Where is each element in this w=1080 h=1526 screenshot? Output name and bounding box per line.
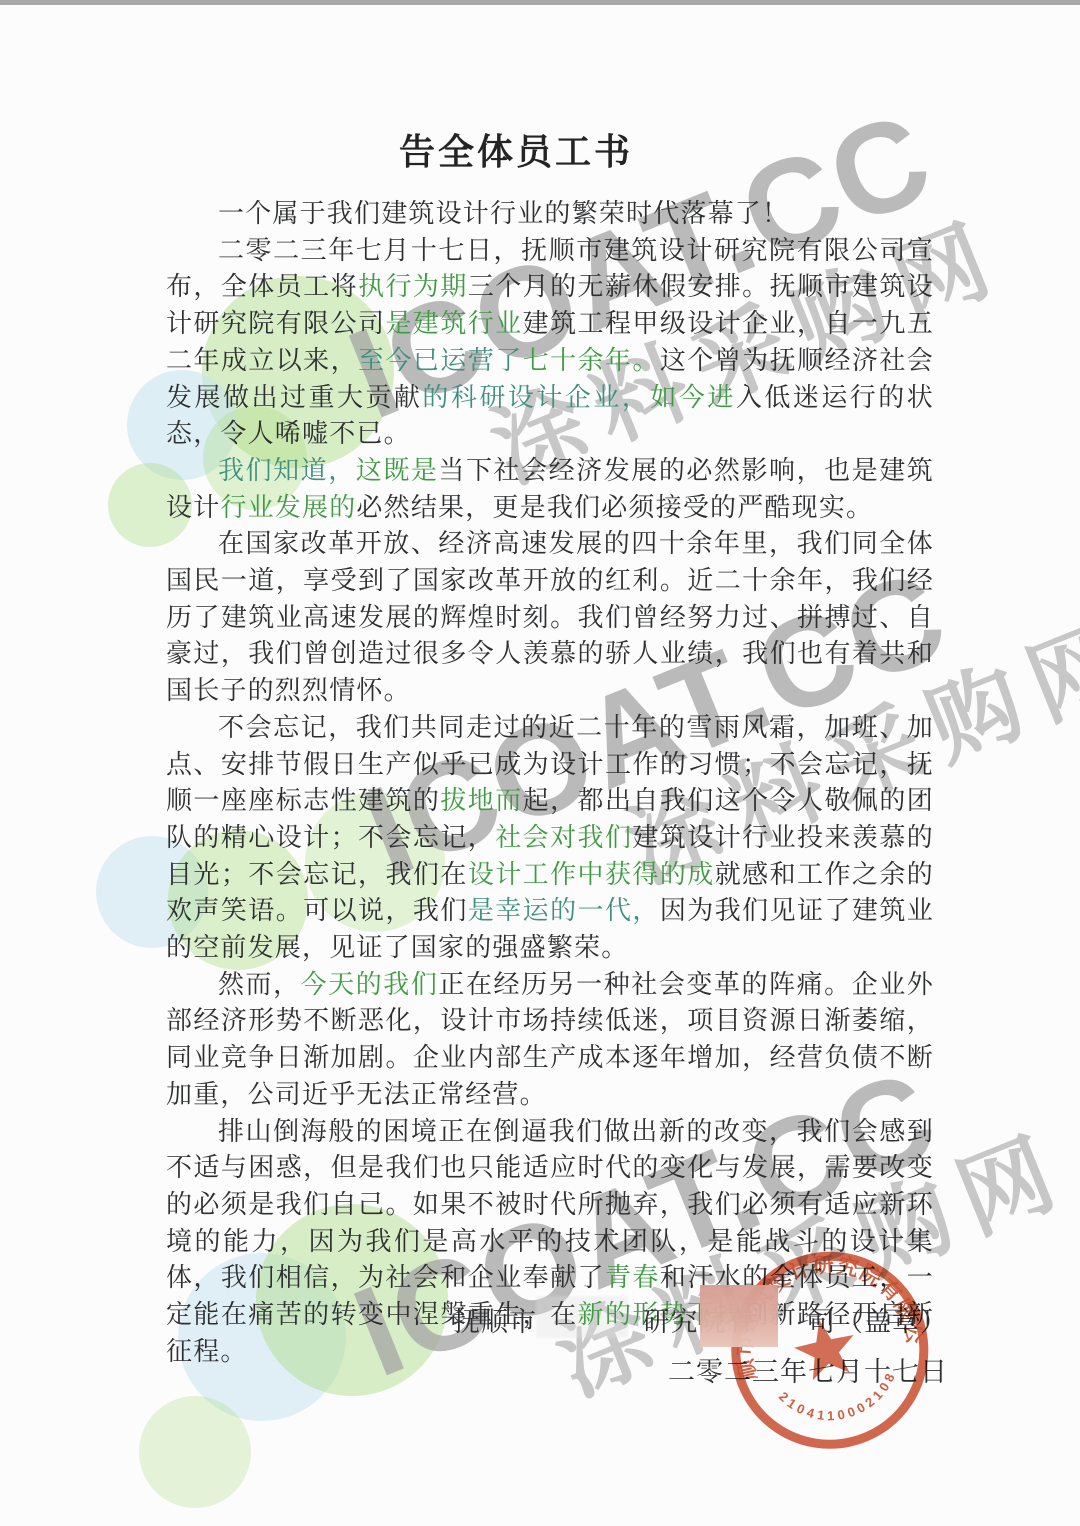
- text-segment: 的科研设计企业，: [422, 383, 650, 412]
- paragraph: 在国家改革开放、经济高速发展的四十余年里，我们同全体国民一道，享受到了国家改革开…: [166, 526, 934, 710]
- text-segment: 然而，: [218, 970, 301, 999]
- censor-box-pink: [700, 1285, 778, 1347]
- page-title: 告全体员工书: [166, 124, 866, 175]
- letter-body: 一个属于我们建筑设计行业的繁荣时代落幕了！二零二三年七月十七日，抚顺市建筑设计研…: [166, 196, 934, 1371]
- text-segment: 是幸运的一代，: [468, 896, 660, 925]
- text-segment: 必然结果，更是我们必须接受的严酷现实。: [356, 493, 873, 522]
- paragraph: 然而，今天的我们正在经历另一种社会变革的阵痛。企业外部经济形势不断恶化，设计市场…: [166, 967, 934, 1114]
- signature-prefix: 抚顺市: [453, 1307, 537, 1337]
- text-segment: 这既是: [356, 456, 439, 485]
- star-icon: [790, 1313, 862, 1382]
- paragraph: 二零二三年七月十七日，抚顺市建筑设计研究院有限公司宣布，全体员工将执行为期三个月…: [166, 233, 934, 453]
- text-segment: 拔地而: [440, 786, 522, 815]
- text-segment: 今天的我们: [301, 970, 439, 999]
- text-segment: 一个属于我们建筑设计行业的繁荣时代落幕了！: [218, 199, 789, 228]
- text-segment: 至今已运营了: [358, 346, 523, 375]
- green-watermark-circle: [139, 1396, 251, 1508]
- text-segment: 社会对我们: [495, 823, 632, 852]
- text-segment: 如今进: [650, 383, 735, 412]
- text-segment: 我们知道，: [218, 456, 356, 485]
- text-segment: 是建筑行业: [385, 309, 522, 338]
- paragraph: 不会忘记，我们共同走过的近二十年的雪雨风霜，加班、加点、安排节假日生产似乎已成为…: [166, 710, 934, 967]
- company-seal-stamp: 抚顺市建筑设计研究院有限公司 2104110002108: [697, 1217, 965, 1485]
- text-segment: 设计工作中获得的成: [468, 860, 715, 889]
- text-segment: 七十余年。: [523, 346, 660, 375]
- text-segment: 青春: [605, 1263, 660, 1292]
- signature-redacted-gap: [545, 1321, 635, 1331]
- text-segment: 执行为期: [358, 272, 468, 301]
- text-segment: 行业发展的: [220, 493, 356, 522]
- scan-top-edge: [0, 0, 1080, 5]
- letter-page: ICOAT.CCICOAT.CCICOAT.CC涂料采购网涂料采购网涂料采购网 …: [0, 0, 1080, 1526]
- paragraph: 我们知道，这既是当下社会经济发展的必然影响，也是建筑设计行业发展的必然结果，更是…: [166, 453, 934, 526]
- paragraph: 一个属于我们建筑设计行业的繁荣时代落幕了！: [166, 196, 934, 233]
- text-segment: 在国家改革开放、经济高速发展的四十余年里，我们同全体国民一道，享受到了国家改革开…: [166, 529, 934, 705]
